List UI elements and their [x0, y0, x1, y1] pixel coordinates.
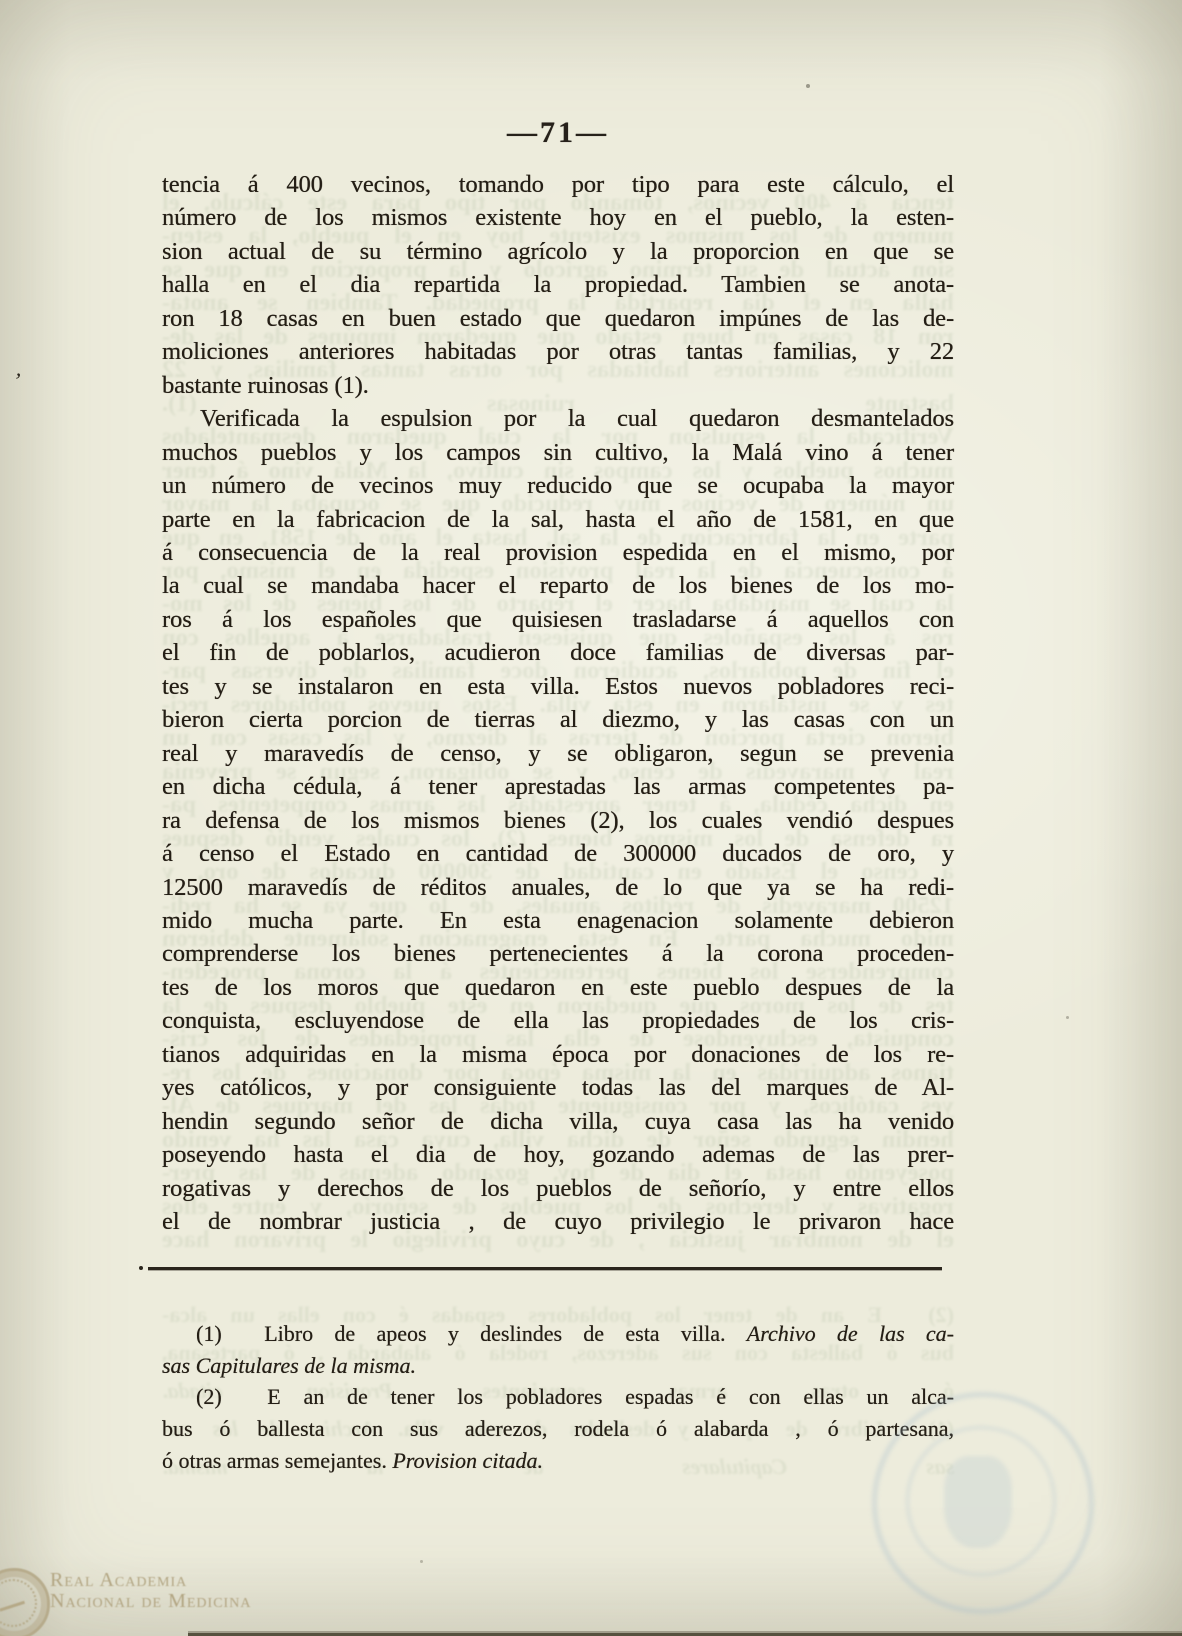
page-number: —71— — [162, 116, 954, 150]
text-line: ros á los españoles que quisiesen trasla… — [162, 603, 954, 636]
text-line: tes y se instalaron en esta villa. Estos… — [162, 670, 954, 703]
text-line: halla en el dia repartida la propiedad. … — [162, 268, 954, 301]
footnotes-column: (1) Libro de apeos y deslindes de esta v… — [162, 1318, 954, 1477]
scanned-book-page: tencia á 400 vecinos, tomando por tipo p… — [0, 0, 1182, 1636]
text-line: Verificada la espulsion por la cual qued… — [162, 402, 954, 435]
watermark-text: Real Academia Nacional de Medicina — [50, 1570, 251, 1612]
text-segment: (1) Libro de apeos y deslindes de esta v… — [196, 1321, 747, 1346]
text-line: hendin segundo señor de dicha villa, cuy… — [162, 1105, 954, 1138]
text-line: (1) Libro de apeos y deslindes de esta v… — [162, 1318, 954, 1350]
text-line: á censo el Estado en cantidad de 300000 … — [162, 837, 954, 870]
text-line: bieron cierta porcion de tierras al diez… — [162, 703, 954, 736]
text-line: á consecuencia de la real provision espe… — [162, 536, 954, 569]
watermark-line-2: Nacional de Medicina — [50, 1591, 251, 1612]
text-line: muchos pueblos y los campos sin cultivo,… — [162, 436, 954, 469]
ink-stamp-emblem — [944, 1456, 1012, 1548]
text-line: ron 18 casas en buen estado que quedaron… — [162, 302, 954, 335]
text-line: sas Capitulares de la misma. — [162, 1350, 954, 1382]
footnote-2: (2) E an de tener los pobladores espadas… — [162, 1381, 954, 1476]
text-line: número de los mismos existente hoy en el… — [162, 201, 954, 234]
text-line: la cual se mandaba hacer el reparto de l… — [162, 569, 954, 602]
text-line: ó otras armas semejantes. Provision cita… — [162, 1445, 954, 1477]
ink-speck — [1066, 1016, 1069, 1019]
text-line: mido mucha parte. En esta enagenacion so… — [162, 904, 954, 937]
italic-text-segment: Archivo de las ca- — [747, 1321, 954, 1346]
footnote-1: (1) Libro de apeos y deslindes de esta v… — [162, 1318, 954, 1381]
ink-dot — [139, 1266, 143, 1270]
body-paragraph: tencia á 400 vecinos, tomando por tipo p… — [162, 168, 954, 402]
text-line: ra defensa de los mismos bienes (2), los… — [162, 804, 954, 837]
text-line: comprenderse los bienes pertenecientes á… — [162, 937, 954, 970]
text-line: rogativas y derechos de los pueblos de s… — [162, 1172, 954, 1205]
text-line: en dicha cédula, á tener aprestadas las … — [162, 770, 954, 803]
text-line: bus ó ballesta con sus aderezos, rodela … — [162, 1413, 954, 1445]
text-line: moliciones anteriores habitadas por otra… — [162, 335, 954, 368]
text-line: yes católicos, y por consiguiente todas … — [162, 1071, 954, 1104]
ink-speck — [806, 84, 810, 88]
text-line: real y maravedís de censo, y se obligaro… — [162, 737, 954, 770]
text-line: sion actual de su término agrícolo y la … — [162, 235, 954, 268]
text-line: (2) E an de tener los pobladores espadas… — [162, 1381, 954, 1413]
library-watermark: Real Academia Nacional de Medicina — [0, 1560, 320, 1636]
text-line: 12500 maravedís de réditos anuales, de l… — [162, 871, 954, 904]
text-segment: ó otras armas semejantes. — [162, 1448, 392, 1473]
text-line: un número de vecinos muy reducido que se… — [162, 469, 954, 502]
text-line: tencia á 400 vecinos, tomando por tipo p… — [162, 168, 954, 201]
text-line: bastante ruinosas (1). — [162, 369, 954, 402]
footnote-separator-rule — [148, 1267, 942, 1270]
text-line: el fin de poblarlos, acudieron doce fami… — [162, 636, 954, 669]
academy-seal-icon — [0, 1568, 50, 1636]
watermark-line-1: Real Academia — [50, 1570, 251, 1591]
text-line: poseyendo hasta el dia de hoy, gozando a… — [162, 1138, 954, 1171]
italic-text-segment: sas Capitulares de la misma. — [162, 1353, 416, 1378]
text-line: conquista, escluyendose de ella las prop… — [162, 1004, 954, 1037]
text-line: parte en la fabricacion de la sal, hasta… — [162, 503, 954, 536]
italic-text-segment: Provision citada. — [392, 1448, 543, 1473]
body-text-column: tencia á 400 vecinos, tomando por tipo p… — [162, 168, 954, 1239]
text-line: el de nombrar justicia , de cuyo privile… — [162, 1205, 954, 1238]
body-paragraph: Verificada la espulsion por la cual qued… — [162, 402, 954, 1238]
ink-speck — [420, 1560, 423, 1563]
text-line: tes de los moros que quedaron en este pu… — [162, 971, 954, 1004]
text-line: tianos adquiridas en la misma época por … — [162, 1038, 954, 1071]
stray-ink-mark: ’ — [12, 368, 23, 395]
